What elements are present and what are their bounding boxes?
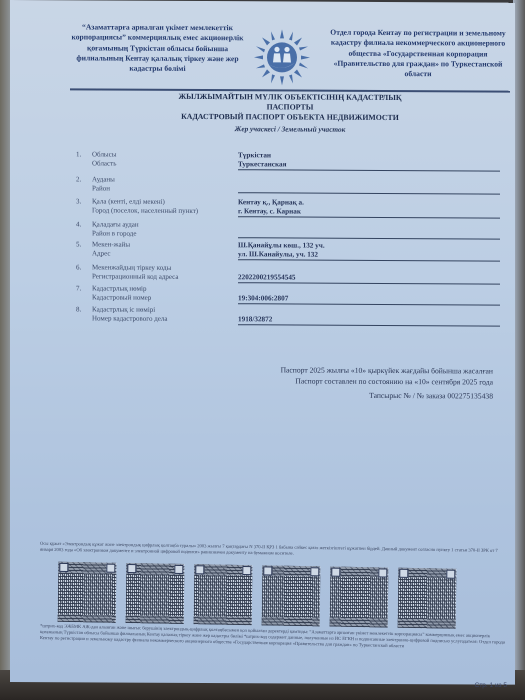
field-number: 5.	[76, 240, 81, 248]
field-number: 4.	[76, 220, 81, 228]
field-label: Кадастрлық іс нөміріНомер кадастрового д…	[92, 305, 262, 325]
qr-code-icon	[330, 567, 389, 628]
order-number: Тапсырыс № / № заказа 002275135438	[369, 391, 493, 401]
document-title: ЖЫЛЖЫМАЙТЫН МҮЛІК ОБЪЕКТІСІНІҢ КАДАСТРЛЫ…	[70, 91, 510, 123]
title-line-ru: КАДАСТРОВЫЙ ПАСПОРТ ОБЪЕКТА НЕДВИЖИМОСТИ	[70, 111, 510, 123]
field-label: Кадастрлық нөмірКадастровый номер	[92, 284, 262, 304]
qr-code-icon	[194, 564, 253, 625]
field-label: АуданыРайон	[92, 175, 262, 195]
field-label: Қаладағы ауданРайон в городе	[92, 220, 262, 240]
field-label: Мекенжайдың тіркеу кодыРегистрационный к…	[92, 263, 262, 283]
document-subtitle: Жер учаскесі / Земельный участок	[70, 123, 510, 134]
field-value: 19:304:006:2807	[238, 285, 500, 305]
field-number: 1.	[76, 150, 81, 158]
header-org-kz: “Азаматтарға арналған үкімет мемлекеттік…	[70, 22, 245, 74]
field-value: Кентау қ., Қарнақ а.г. Кентау, с. Карнак	[238, 198, 500, 218]
field-value: ТүркістанТуркестанская	[238, 151, 500, 171]
page-indicator: Стр. 1 из 5	[475, 682, 507, 689]
field-value: 1918/32872	[238, 306, 500, 326]
qr-code-icon	[398, 568, 457, 629]
qr-code-strip	[58, 562, 459, 631]
field-label: ОблысыОбласть	[92, 150, 262, 170]
qr-code-icon	[262, 565, 321, 626]
field-number: 7.	[76, 284, 81, 292]
field-number: 3.	[76, 197, 81, 205]
header-org-ru: Отдел города Кентау по регистрации и зем…	[328, 28, 508, 80]
document-page: “Азаматтарға арналған үкімет мемлекеттік…	[10, 0, 515, 685]
issued-date-ru: Паспорт составлен по состоянию на «10» с…	[281, 375, 493, 387]
field-number: 2.	[76, 175, 81, 183]
field-number: 8.	[76, 305, 81, 313]
field-label: Мекен-жайыАдрес	[92, 240, 262, 260]
field-cadastral-file: 8. Кадастрлық іс нөміріНомер кадастровог…	[76, 305, 516, 337]
field-value	[238, 176, 500, 177]
field-value	[238, 221, 500, 222]
issued-date: Паспорт 2025 жылғы «10» қыркүйек жағдайы…	[281, 364, 493, 387]
field-number: 6.	[76, 263, 81, 271]
field-value: Ш.Қанайұлы көш., 132 уч.ул. Ш.Канайулы, …	[238, 241, 500, 261]
legal-notice: Осы құжат «Электрондық құжат және электр…	[40, 541, 500, 560]
field-value: 2202200219554545	[238, 264, 500, 284]
qr-code-icon	[58, 562, 117, 623]
sun-family-hand-logo-icon	[252, 27, 312, 87]
qr-code-icon	[126, 563, 185, 624]
field-label: Қала (кенті, елді мекені)Город (поселок,…	[92, 197, 262, 217]
